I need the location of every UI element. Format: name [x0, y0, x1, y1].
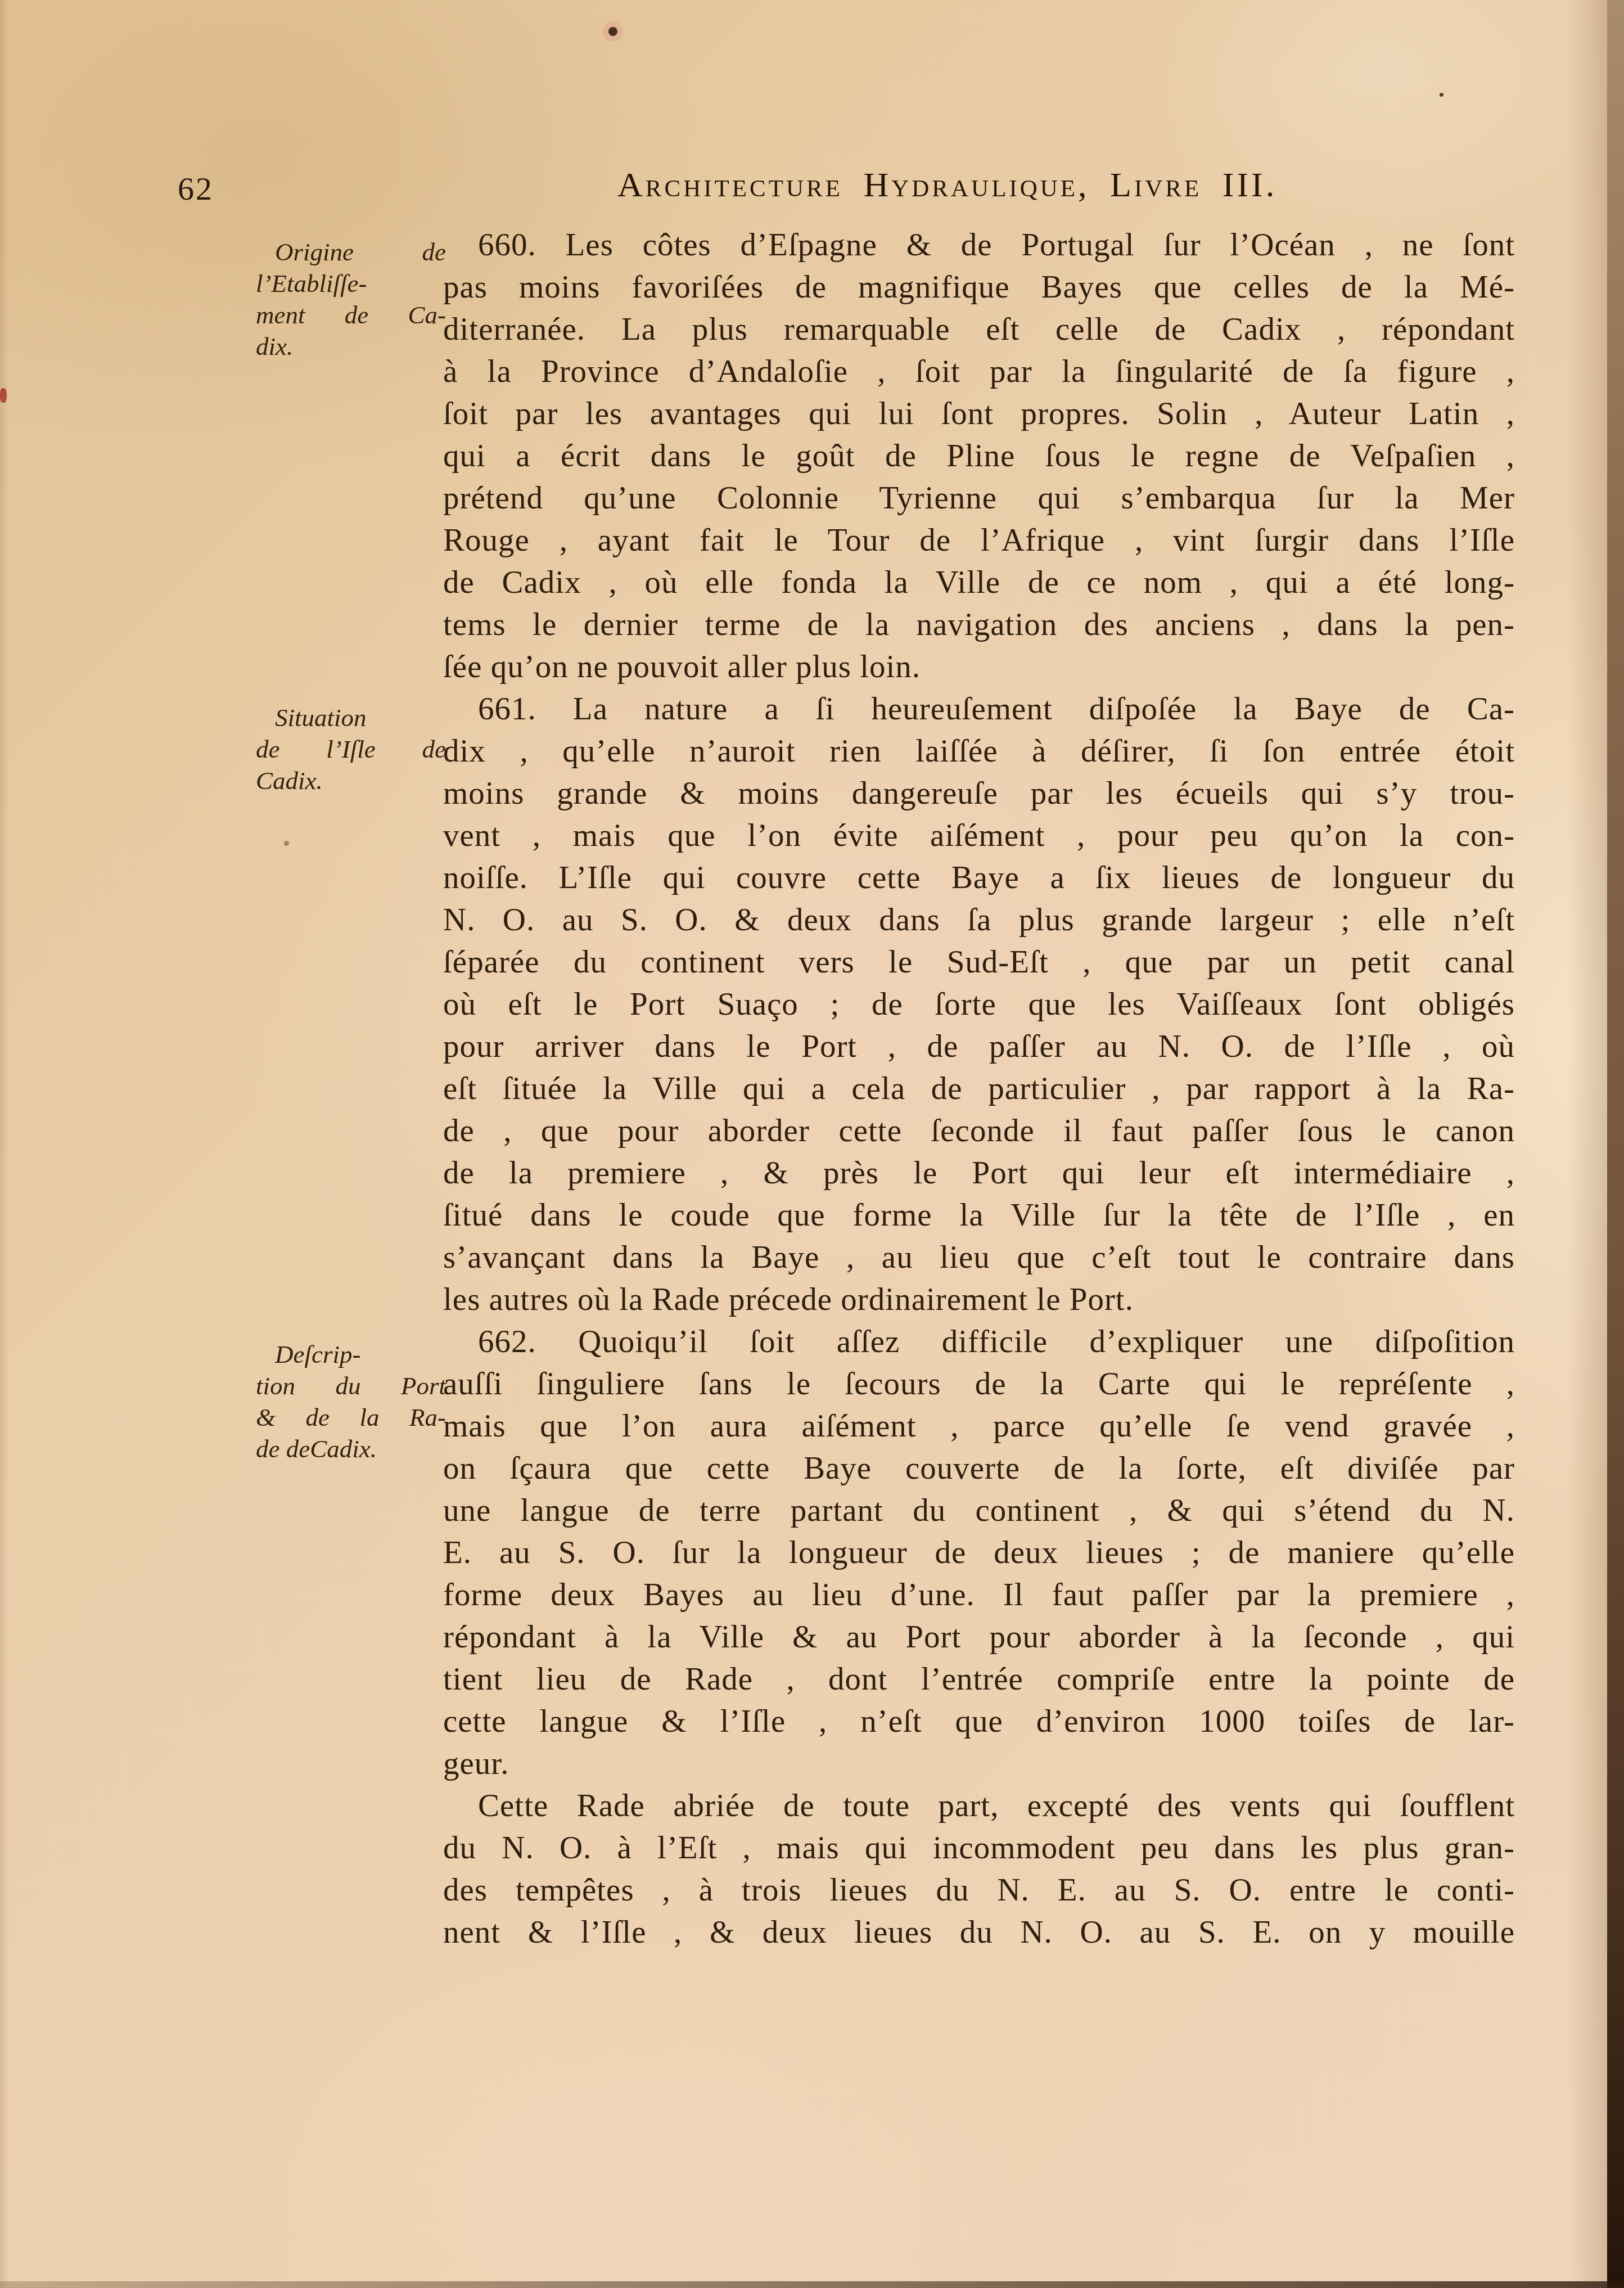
text-line: ſoit par les avantages qui lui ſont prop… — [443, 393, 1515, 435]
scan-edge-left — [0, 0, 9, 2288]
text-line: auſſi ſinguliere ſans le ſecours de la C… — [443, 1363, 1515, 1405]
margin-note-line: ment de Ca- — [256, 299, 446, 331]
text-line: ſéparée du continent vers le Sud-Eſt , q… — [443, 941, 1515, 983]
running-header-title: Architecture Hydraulique, Livre III. — [617, 165, 1277, 205]
text-line: noiſſe. L’Iſle qui couvre cette Baye a ſ… — [443, 857, 1515, 899]
scanned-book-page: 62 Architecture Hydraulique, Livre III. … — [0, 0, 1624, 2288]
text-line: dix , qu’elle n’auroit rien laiſſée à dé… — [443, 730, 1515, 772]
text-line: de Cadix , où elle fonda la Ville de ce … — [443, 561, 1515, 603]
text-line: où eſt le Port Suaço ; de ſorte que les … — [443, 983, 1515, 1025]
scan-edge-shadow — [1568, 0, 1607, 2288]
margin-note-line: l’Etabliſſe- — [256, 268, 446, 299]
margin-note-line: de deCadix. — [256, 1433, 446, 1465]
text-line: 662. Quoiqu’il ſoit aſſez difficile d’ex… — [443, 1321, 1515, 1363]
text-line: prétend qu’une Colonnie Tyrienne qui s’e… — [443, 477, 1515, 519]
paper-speck — [608, 27, 617, 36]
text-line: ſée qu’on ne pouvoit aller plus loin. — [443, 646, 1515, 688]
margin-note-line: dix. — [256, 331, 446, 362]
text-line: une langue de terre partant du continent… — [443, 1489, 1515, 1532]
paper-speck — [284, 841, 289, 846]
text-line: 661. La nature a ſi heureuſement diſpoſé… — [443, 688, 1515, 730]
text-line: à la Province d’Andaloſie , ſoit par la … — [443, 350, 1515, 393]
text-line: qui a écrit dans le goût de Pline ſous l… — [443, 435, 1515, 477]
text-line: vent , mais que l’on évite aiſément , po… — [443, 814, 1515, 857]
margin-note-line: Origine de — [256, 236, 446, 268]
text-line: du N. O. à l’Eſt , mais qui incommodent … — [443, 1827, 1515, 1869]
paragraph-661: 661. La nature a ſi heureuſement diſpoſé… — [443, 688, 1515, 1321]
margin-note-situation-isle: Situation de l’Iſle de Cadix. — [256, 702, 446, 796]
text-line: s’avançant dans la Baye , au lieu que c’… — [443, 1236, 1515, 1278]
text-line: N. O. au S. O. & deux dans ſa plus grand… — [443, 899, 1515, 941]
margin-note-line: Situation — [256, 702, 446, 733]
body-text-column: 660. Les côtes d’Eſpagne & de Portugal ſ… — [443, 224, 1515, 1953]
paragraph-660: 660. Les côtes d’Eſpagne & de Portugal ſ… — [443, 224, 1515, 688]
text-line: Cette Rade abriée de toute part, excepté… — [443, 1785, 1515, 1827]
text-line: E. au S. O. ſur la longueur de deux lieu… — [443, 1532, 1515, 1574]
margin-note-description-port-rade: Deſcrip- tion du Port & de la Ra- de deC… — [256, 1339, 446, 1465]
text-line: on ſçaura que cette Baye couverte de la … — [443, 1447, 1515, 1489]
text-line: geur. — [443, 1742, 1515, 1785]
scan-edge-right — [1607, 0, 1624, 2288]
paper-speck — [1440, 93, 1443, 97]
text-line: cette langue & l’Iſle , n’eſt que d’envi… — [443, 1700, 1515, 1742]
paragraph-662: 662. Quoiqu’il ſoit aſſez difficile d’ex… — [443, 1321, 1515, 1785]
text-line: Rouge , ayant fait le Tour de l’Afrique … — [443, 519, 1515, 561]
paragraph-rade-abriee: Cette Rade abriée de toute part, excepté… — [443, 1785, 1515, 1953]
text-line: tems le dernier terme de la navigation d… — [443, 603, 1515, 646]
text-line: répondant à la Ville & au Port pour abor… — [443, 1616, 1515, 1658]
text-line: pas moins favoriſées de magnifique Bayes… — [443, 266, 1515, 308]
text-line: de la premiere , & près le Port qui leur… — [443, 1152, 1515, 1194]
page-number: 62 — [178, 170, 214, 208]
text-line: mais que l’on aura aiſément , parce qu’e… — [443, 1405, 1515, 1447]
margin-note-origine-de-cadix: Origine de l’Etabliſſe- ment de Ca- dix. — [256, 236, 446, 362]
margin-note-line: de l’Iſle de — [256, 733, 446, 765]
text-line: nent & l’Iſle , & deux lieues du N. O. a… — [443, 1911, 1515, 1953]
margin-note-line: & de la Ra- — [256, 1402, 446, 1433]
margin-note-line: Cadix. — [256, 765, 446, 796]
text-line: de , que pour aborder cette ſeconde il f… — [443, 1110, 1515, 1152]
text-line: 660. Les côtes d’Eſpagne & de Portugal ſ… — [443, 224, 1515, 266]
margin-note-line: tion du Port — [256, 1370, 446, 1402]
text-line: tient lieu de Rade , dont l’entrée compr… — [443, 1658, 1515, 1700]
scan-edge-bottom — [0, 2281, 1624, 2288]
text-line: forme deux Bayes au lieu d’une. Il faut … — [443, 1574, 1515, 1616]
text-line: diterranée. La plus remarquable eſt cell… — [443, 308, 1515, 350]
text-line: moins grande & moins dangereuſe par les … — [443, 772, 1515, 814]
text-line: les autres où la Rade précede ordinairem… — [443, 1278, 1515, 1321]
margin-note-line: Deſcrip- — [256, 1339, 446, 1370]
text-line: eſt ſituée la Ville qui a cela de partic… — [443, 1068, 1515, 1110]
text-line: pour arriver dans le Port , de paſſer au… — [443, 1025, 1515, 1068]
text-line: des tempêtes , à trois lieues du N. E. a… — [443, 1869, 1515, 1911]
text-line: ſitué dans le coude que forme la Ville ſ… — [443, 1194, 1515, 1236]
